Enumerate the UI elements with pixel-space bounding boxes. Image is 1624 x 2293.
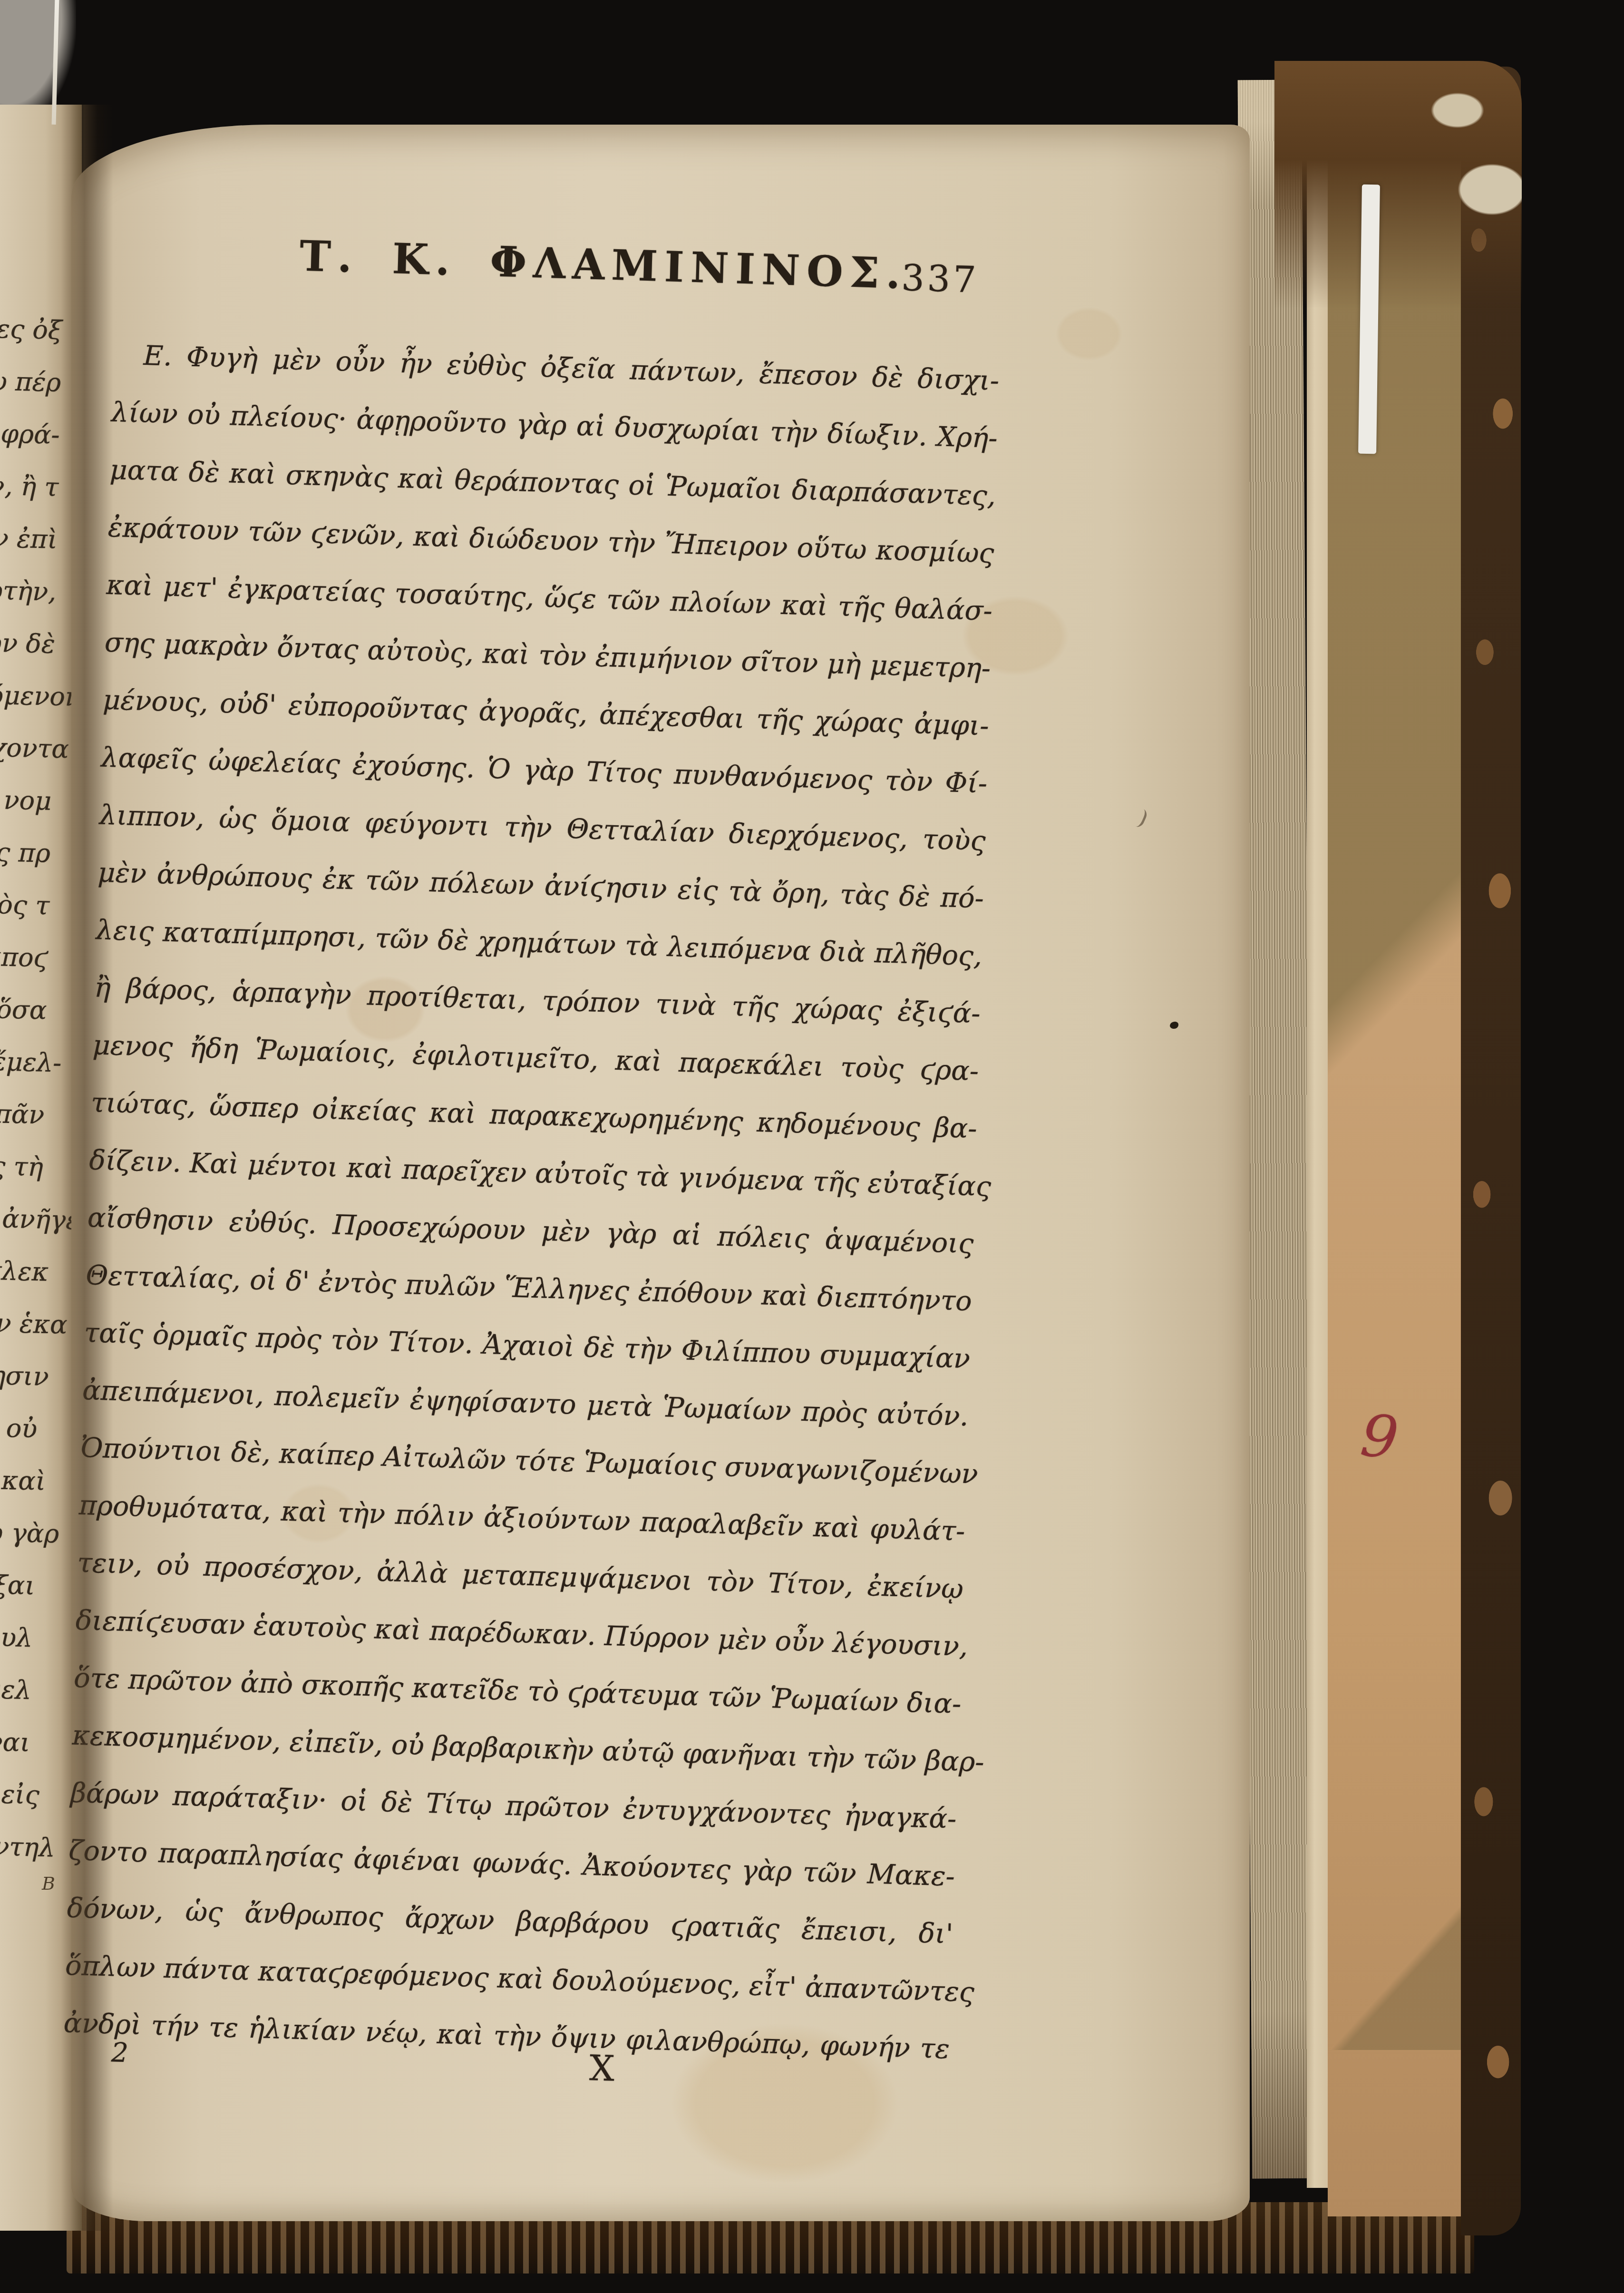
facing-page-line: ριχῇ νείμας τὴ xyxy=(0,1137,44,1193)
facing-page-line: ῶν ἄκρων ἀντηλ xyxy=(0,1817,29,1873)
facing-page-line: τούτους ἀποϛ xyxy=(0,928,49,985)
white-label-strip xyxy=(1358,185,1380,454)
facing-page-line: αῖς τραχύτησιν xyxy=(0,1346,39,1403)
facing-page-line: ῶν δ' ἄλλων ἑκα xyxy=(0,1294,40,1350)
facing-page-line: αὶ βεβαιωτὴν, xyxy=(0,562,57,618)
facing-page-line: , καὶ διαμελ xyxy=(0,1660,32,1717)
page-text-block: Τ. Κ. ΦΛΑΜΙΝΙΝΟΣ. 337 Ε. Φυγὴ μὲν οὖν ἦν… xyxy=(63,225,1003,2078)
facing-page-line: συνέϛελλον εἰς xyxy=(0,1765,29,1821)
facing-page-line: το, κοίλους πρ xyxy=(0,823,51,880)
facing-page-line: εμίων, ἢ τ xyxy=(0,457,59,514)
main-page: Τ. Κ. ΦΛΑΜΙΝΙΝΟΣ. 337 Ε. Φυγὴ μὲν οὖν ἦν… xyxy=(71,125,1250,2221)
facing-page-line: Καθ' ἣν δ' ἔμελ- xyxy=(0,1033,46,1089)
page-number: 337 xyxy=(901,256,980,301)
facing-page-line: όντων, φρά- xyxy=(0,405,60,461)
leather-cover-edge xyxy=(1461,67,1521,2235)
facing-page-line: κατὰ νώπου γὰρ xyxy=(0,1503,36,1560)
facing-page-line: υναγωνιζόμενον. xyxy=(0,666,55,723)
page-body: Ε. Φυγὴ μὲν οὖν ἦν εὐθὺς ὀξεῖα πάντων, ἔ… xyxy=(63,326,1000,2078)
facing-page-line: μ' ἡμέρᾳ πᾶν xyxy=(0,1085,45,1142)
facing-page-text: ὶ ἀγῶνες ὀξπολέμου πέρόντων, φρά-εμίων, … xyxy=(0,300,63,1873)
endpaper-edge xyxy=(1307,119,1329,2188)
footer-volume-mark: 2 xyxy=(111,2037,129,2069)
book-photo: 9 ὶ ἀγῶνες ὀξπολέμου πέρόντων, φρά-εμίων… xyxy=(0,0,1624,2293)
facing-page-line: Ῥωμαῖοι δόξαι xyxy=(0,1555,34,1612)
ink-fleck xyxy=(1170,1022,1178,1029)
facing-page-line: υρσὸς εἶναι xyxy=(0,1712,31,1769)
facing-page-line: ϛρατὸν, ὅσα xyxy=(0,980,48,1037)
footer-signature-mark: X xyxy=(589,2048,615,2089)
facing-page-line: πρὸς τὸ βουλ xyxy=(0,1608,33,1664)
facing-page-line: ὶ ἀγῶνες ὀξ xyxy=(0,300,63,357)
facing-page-line: τριταῖον ἐπὶ xyxy=(0,509,58,566)
facing-page-line: ρου ὀρθίας ἀνῆγε xyxy=(0,1189,43,1246)
gutter-shadow xyxy=(61,105,113,2231)
kraft-endpaper-fold xyxy=(1328,1850,1463,2050)
margin-pen-tick xyxy=(1128,805,1149,829)
facing-page-line: το δ' οἱ νομ xyxy=(0,771,52,828)
facing-page-line: ν, καὶ συμπλεκ xyxy=(0,1241,41,1298)
facing-page-line: ῶν, εὔνουν δὲ xyxy=(0,614,56,671)
page-header: Τ. Κ. ΦΛΑΜΙΝΙΝΟΣ. 337 xyxy=(115,225,1003,328)
cover-corner-worn xyxy=(1274,61,1522,308)
facing-page-line: ἀνατέλλων καὶ xyxy=(0,1451,37,1507)
page-title: Τ. Κ. ΦΛΑΜΙΝΙΝΟΣ. xyxy=(299,231,908,298)
facing-page-line: , πεζοὺς ἔχοντα xyxy=(0,719,53,775)
facing-page-line: νύκτωρ πρὸς τ xyxy=(0,876,50,932)
facing-page-bottom-mark: Β xyxy=(42,1873,55,1894)
facing-page-line: καὶ καπνὸς οὐ xyxy=(0,1398,38,1455)
handwritten-number: 9 xyxy=(1358,1401,1421,1474)
facing-page-line: πολέμου πέρ xyxy=(0,352,62,409)
